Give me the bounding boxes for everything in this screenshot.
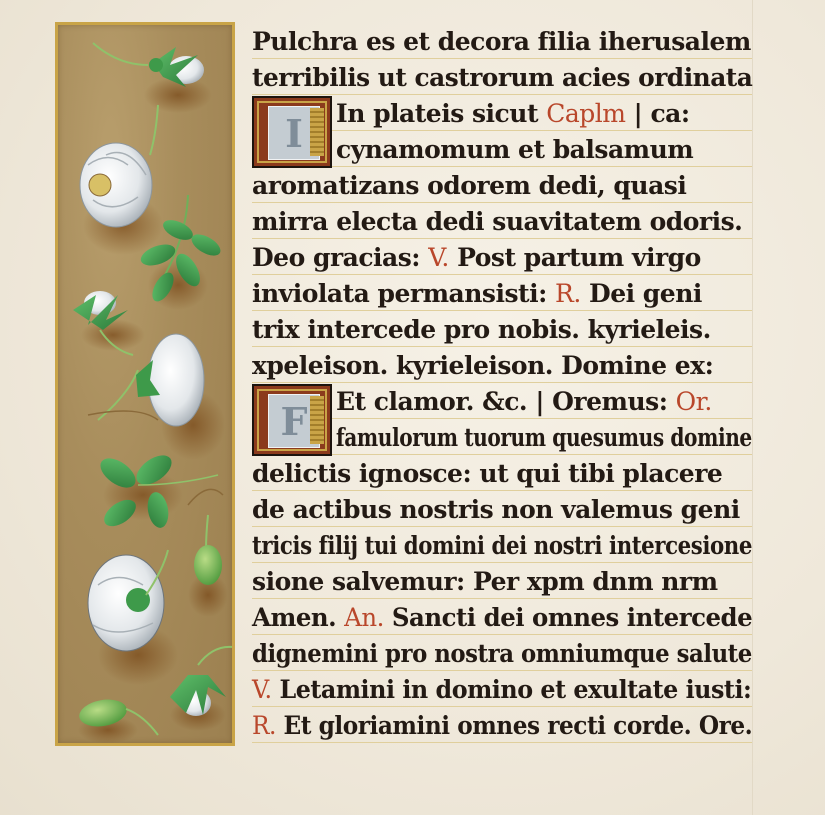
floral-border-art (58, 25, 232, 743)
rubric-versicle: V. (252, 675, 272, 704)
text-line-6: mirra electa dedi suavitatem odoris. (252, 204, 752, 240)
leaf-sprig-icon (95, 450, 223, 532)
text-line-20: R. Et gloriamini omnes recti corde. Ore. (252, 708, 716, 744)
green-bud-icon (188, 515, 228, 617)
text-line-16: sione salvemur: Per xpm dnm nrm (252, 564, 752, 600)
rubric-oratio: Or. (676, 387, 712, 416)
text-line-17: Amen. An. Sancti dei omnes intercede (252, 600, 741, 636)
manuscript-page: I F Pulchra es et decora filia iherusale… (0, 0, 825, 815)
open-rose-icon (80, 105, 163, 255)
rubric-response: R. (252, 711, 276, 740)
rose-back-view-icon (88, 550, 178, 685)
text-line-13: delictis ignosce: ut qui tibi placere (252, 456, 752, 492)
text-line-10: xpeleison. kyrieleison. Domine ex: (252, 348, 752, 384)
text-line-14: de actibus nostris non valemus geni (252, 492, 752, 528)
text-line-12: famulorum tuorum quesumus domine (336, 420, 671, 456)
rubric-antiphon: An. (344, 603, 384, 632)
rosebud-icon (73, 291, 145, 355)
text-line-9: trix intercede pro nobis. kyrieleis. (252, 312, 752, 348)
illuminated-initial-i: I (252, 96, 332, 168)
text-line-11: Et clamor. &c. | Oremus: Or. (336, 384, 752, 420)
rosebud-icon (93, 43, 212, 113)
text-column: I F Pulchra es et decora filia iherusale… (252, 22, 752, 752)
page-edge-line (752, 0, 753, 815)
illuminated-initial-f: F (252, 384, 332, 456)
text-line-2: terribilis ut castrorum acies ordinata (252, 60, 749, 96)
rubric-capitulum: Caplm (546, 99, 625, 128)
text-line-1: Pulchra es et decora filia iherusalem (252, 24, 752, 60)
text-line-7: Deo gracias: V. Post partum virgo (252, 240, 752, 276)
rose-side-view-icon (88, 334, 225, 460)
floral-border (55, 22, 235, 746)
rubric-response: R. (555, 279, 581, 308)
green-bud-icon (77, 696, 158, 743)
text-line-15: tricis filij tui domini dei nostri inter… (252, 528, 678, 564)
text-line-3: In plateis sicut Caplm | ca: (336, 96, 752, 132)
text-line-8: inviolata permansisti: R. Dei geni (252, 276, 752, 312)
text-line-5: aromatizans odorem dedi, quasi (252, 168, 752, 204)
rubric-versicle: V. (428, 243, 449, 272)
rosebud-icon (170, 647, 232, 731)
text-line-4: cynamomum et balsamum (336, 132, 752, 168)
text-line-19: V. Letamini in domino et exultate iusti: (252, 672, 728, 708)
text-line-18: dignemini pro nostra omniumque salute (252, 636, 708, 672)
